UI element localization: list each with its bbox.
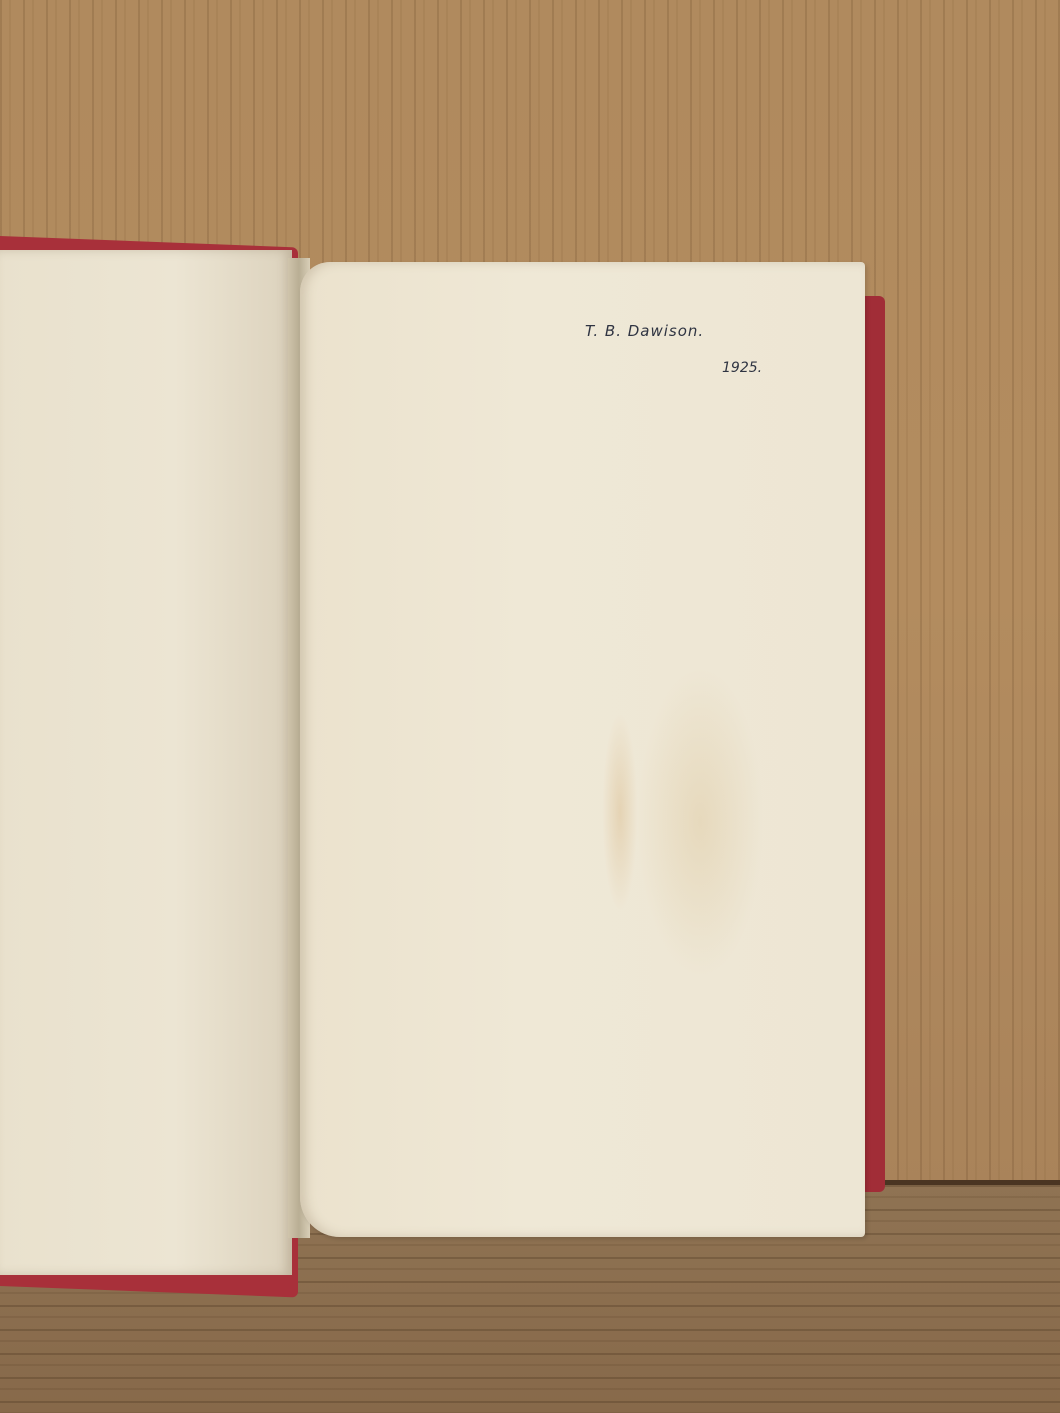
owner-inscription: T. B. Dawison. [585, 322, 704, 340]
right-flyleaf [300, 262, 865, 1237]
left-endpaper [0, 250, 292, 1275]
inscription-year: 1925. [722, 360, 762, 376]
